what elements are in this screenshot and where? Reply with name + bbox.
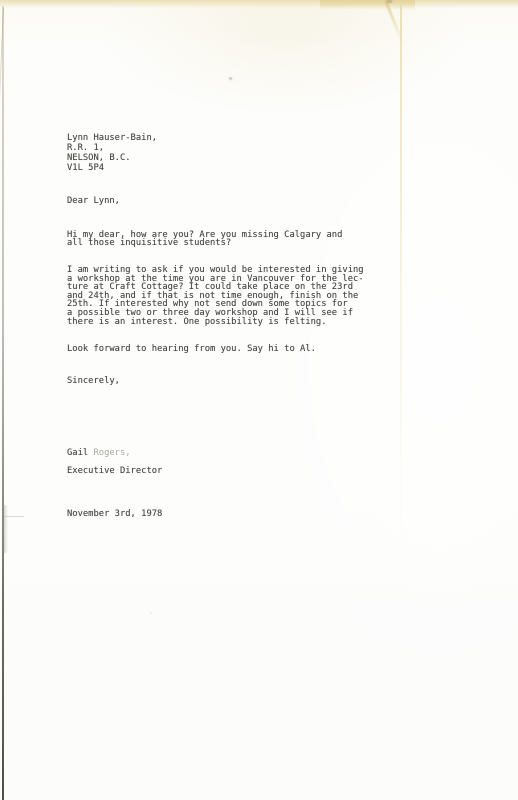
valediction: Sincerely, — [67, 377, 377, 386]
paragraph-closing: Look forward to hearing from you. Say hi… — [67, 345, 377, 354]
letter-body: Lynn Hauser-Bain, R.R. 1, NELSON, B.C. V… — [67, 124, 377, 527]
salutation: Dear Lynn, — [67, 197, 377, 206]
vertical-fold-line — [400, 4, 402, 544]
signature-title: Executive Director — [67, 467, 377, 476]
paragraph-greeting: Hi my dear, how are you? Are you missing… — [67, 231, 377, 248]
recipient-address: Lynn Hauser-Bain, R.R. 1, NELSON, B.C. V… — [67, 133, 377, 173]
left-edge-tick-mark — [4, 516, 24, 517]
letter-date: November 3rd, 1978 — [67, 510, 377, 519]
signature-name: Gail Rogers, — [67, 449, 377, 458]
signature-block: Gail Rogers, Executive Director — [67, 441, 377, 484]
paragraph-body: I am writing to ask if you would be inte… — [67, 266, 377, 326]
scanned-letter-page: Lynn Hauser-Bain, R.R. 1, NELSON, B.C. V… — [0, 0, 518, 800]
left-scan-edge-line — [2, 6, 4, 800]
top-right-notch-mark — [387, 0, 392, 3]
paper-top-edge-tint — [0, 0, 518, 8]
left-edge-smudge — [3, 505, 8, 553]
scan-speck — [150, 612, 152, 614]
signature-last-name: Rogers, — [93, 448, 130, 458]
scan-speck — [229, 77, 232, 80]
signature-first-name: Gail — [67, 448, 93, 458]
